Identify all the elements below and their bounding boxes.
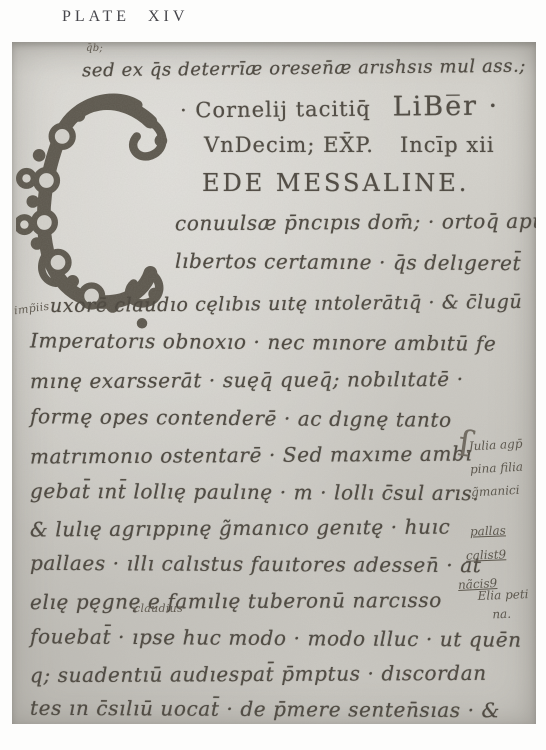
margin-note-line: Elia peti <box>477 585 528 606</box>
manuscript-line: mınę exarsserāt · suęq̄ queq̄; nobılıtat… <box>30 367 464 393</box>
margin-note-line: g̃manici <box>471 479 526 505</box>
manuscript-line: q; suadentıū audıespat̄ p̄mptus · dıscor… <box>30 661 487 687</box>
margin-note-pallas: pallas <box>470 519 507 543</box>
margin-note-callistus: calist9 <box>466 543 507 567</box>
manuscript-line: sed ex q̄s deterrīæ oresen̄æ arıshsıs mu… <box>82 56 526 82</box>
rubric-line-3: EDE MESSALINE. <box>202 169 469 197</box>
rubric-author: · Cornelij tacitiq̄ <box>180 97 371 123</box>
plate-caption: PLATE XIV <box>62 8 188 26</box>
manuscript-photo: q̄b; sed ex q̄s deterrīæ oresen̄æ arıshs… <box>12 42 536 724</box>
manuscript-line: fouebat̄ · ıpse huc modo · modo ılluc · … <box>30 624 522 651</box>
manuscript-line: Imperatorıs obnoxıo · nec mınore ambıtū … <box>30 328 496 355</box>
rubric-incipit: Incīp xii <box>400 133 495 157</box>
manuscript-line: & lulıę agrıppınę g̃manıco genıtę · huıc <box>30 515 451 542</box>
margin-note-line: pina filia <box>469 456 524 482</box>
manuscript-line: matrımonıo ostentarē · Sed maxıme ambı <box>30 441 473 468</box>
margin-note-line: na. <box>478 604 529 625</box>
manuscript-line: pallaes · ıllı calıstus fauıtores adesse… <box>30 551 482 577</box>
manuscript-line: conuulsæ p̄ncıpıs dom̄; · ortoq̄ apud <box>175 209 536 236</box>
rubric-line-1: · Cornelij tacitiq̄LiBe̅r · <box>180 91 499 125</box>
rubric-liber: LiBe̅r · <box>393 91 500 123</box>
manuscript-line: formę opes contenderē · ac dıgnę tanto <box>30 404 452 432</box>
margin-note-julia-agrippina: Julia agp̄ pina filia g̃manici <box>468 433 525 505</box>
manuscript-line: gebat̄ ınt̄ lollıę paulınę · m · lollı c… <box>30 479 479 505</box>
rubric-line-2: VnDecim; EX̄P.Incīp xii <box>204 133 495 157</box>
abbreviation-mark: q̄b; <box>86 43 103 54</box>
manuscript-line: tes ın c̄sılıū uocat̄ · de p̄mere senten… <box>30 696 500 722</box>
interlinear-gloss-claudius: claudius <box>134 602 183 615</box>
margin-note-line: Julia agp̄ <box>468 433 523 459</box>
rubric-explicit: VnDecim; EX̄P. <box>204 133 374 157</box>
manuscript-line: lıbertos certamıne · q̄s delıgeret̄ <box>175 249 521 275</box>
manuscript-line: elıę pęgnę e famılıę tuberonū narcısso <box>30 588 442 614</box>
margin-note-aelia-paetina: Elia peti na. <box>477 585 529 625</box>
manuscript-line: uxorē claudıo cęlıbıs uıtę ıntolerātıq̄ … <box>50 291 522 317</box>
